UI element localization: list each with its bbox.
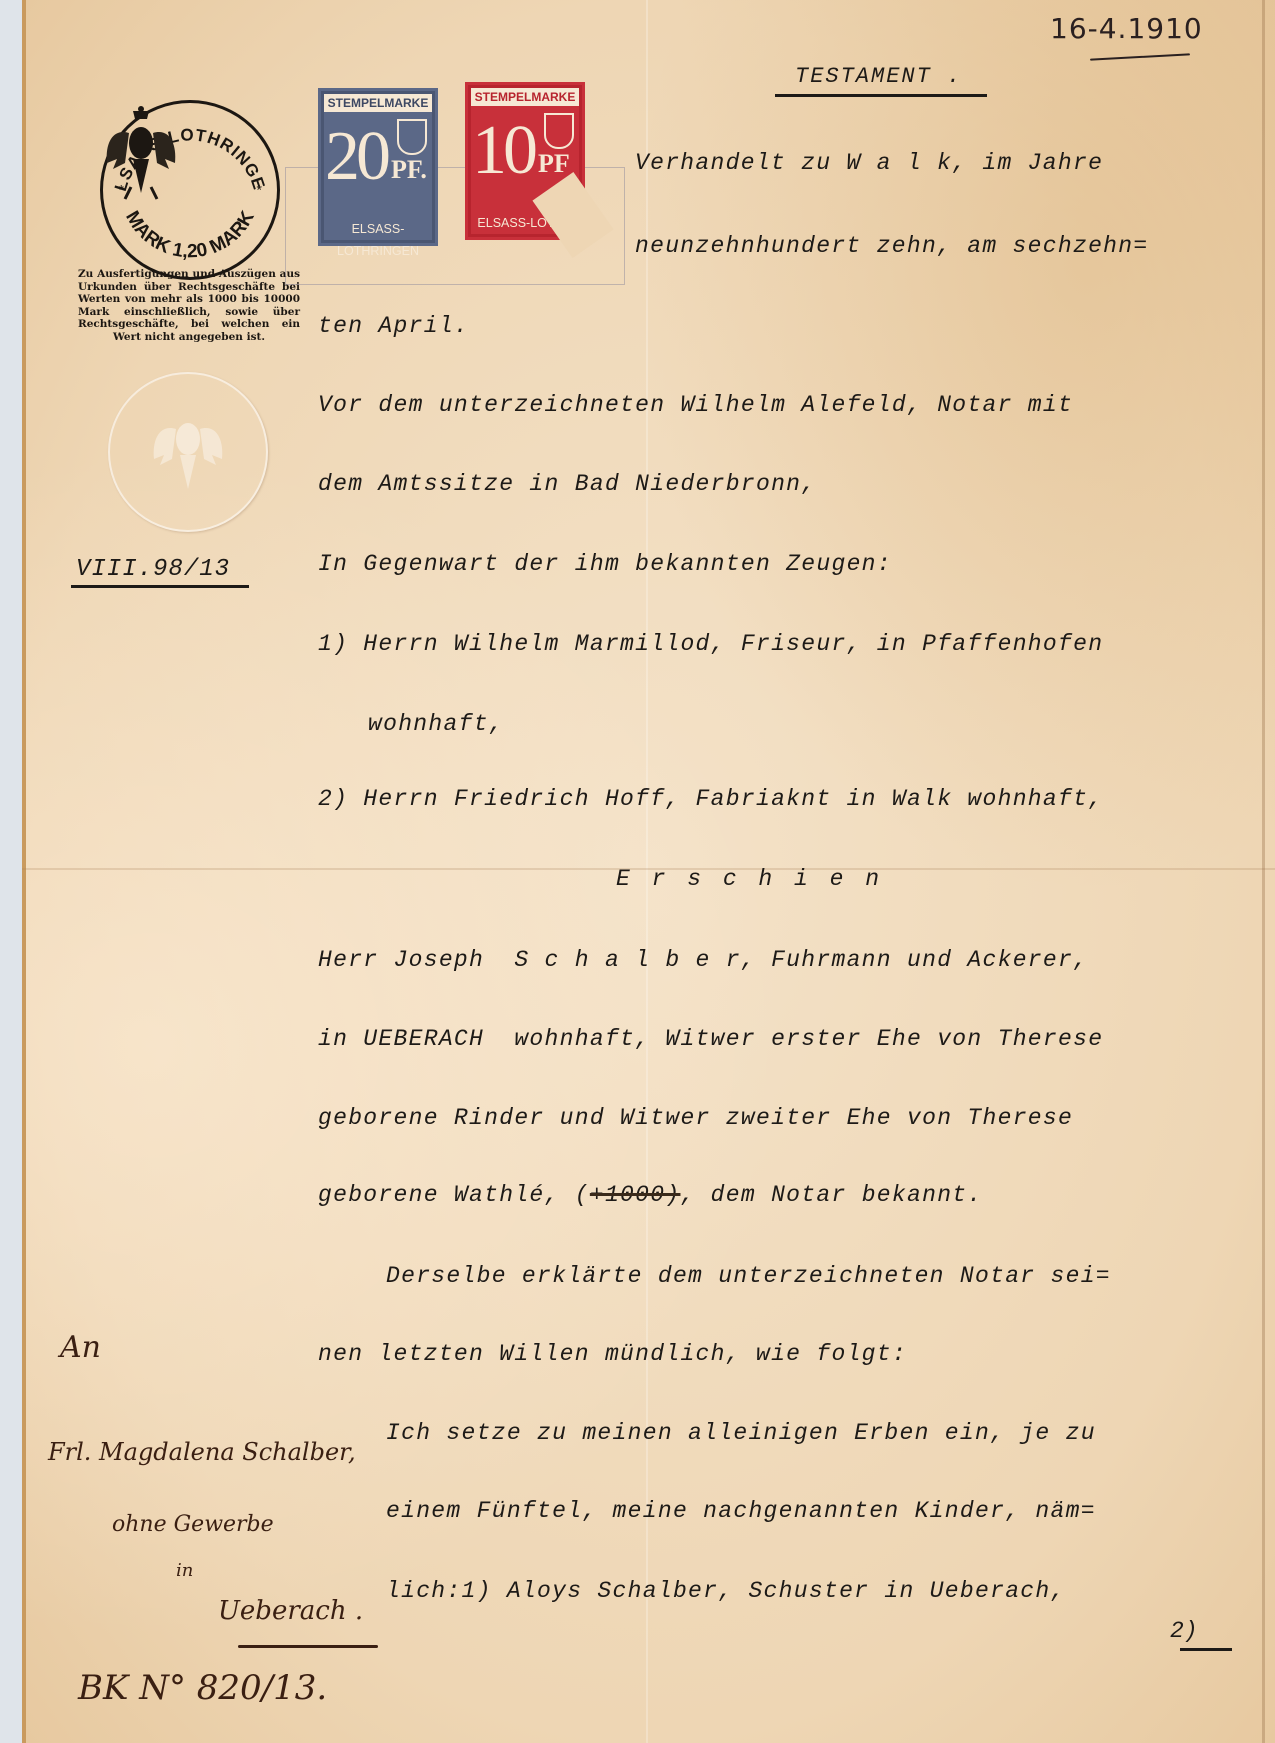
paper-edge bbox=[1262, 0, 1265, 1743]
title-underline bbox=[775, 94, 987, 97]
body-line: lich:1) Aloys Schalber, Schuster in Uebe… bbox=[386, 1578, 1066, 1604]
margin-note-line: Ueberach . bbox=[218, 1596, 363, 1626]
handwritten-date: 16-4.1910 bbox=[1050, 12, 1203, 45]
margin-note-line: Frl. Magdalena Schalber, bbox=[48, 1438, 356, 1466]
body-line: geborene Wathlé, (+1000), dem Notar beka… bbox=[318, 1182, 983, 1208]
body-line: nen letzten Willen mündlich, wie folgt: bbox=[318, 1341, 907, 1367]
embossed-eagle-icon bbox=[150, 399, 226, 499]
body-line: Verhandelt zu W a l k, im Jahre bbox=[635, 150, 1103, 176]
file-reference-underline bbox=[71, 585, 249, 588]
stamp-unit: PF bbox=[538, 149, 570, 179]
svg-text:MARK 1,20 MARK: MARK 1,20 MARK bbox=[121, 207, 259, 262]
file-reference: VIII.98/13 bbox=[76, 556, 230, 583]
struck-out-text: +1000) bbox=[590, 1182, 681, 1208]
eagle-icon bbox=[103, 103, 179, 203]
body-line: Derselbe erklärte dem unterzeichneten No… bbox=[386, 1263, 1111, 1289]
document-title: TESTAMENT . bbox=[795, 64, 962, 89]
section-heading-erschien: E r s c h i e n bbox=[616, 866, 883, 892]
body-line: neunzehnhundert zehn, am sechzehn= bbox=[635, 233, 1148, 259]
stamp-header: STEMPELMARKE bbox=[471, 88, 579, 106]
witness-2-line: 2) Herrn Friedrich Hoff, Fabriaknt in Wa… bbox=[318, 786, 1103, 812]
body-line: wohnhaft, bbox=[368, 711, 504, 737]
body-line: in UEBERACH wohnhaft, Witwer erster Ehe … bbox=[318, 1026, 1103, 1052]
witness-1-line: 1) Herrn Wilhelm Marmillod, Friseur, in … bbox=[318, 631, 1103, 657]
svg-text:*: * bbox=[255, 184, 263, 200]
page-continuation-marker: 2) bbox=[1170, 1618, 1198, 1644]
body-line: Ich setze zu meinen alleinigen Erben ein… bbox=[386, 1420, 1096, 1446]
coat-of-arms-icon bbox=[544, 113, 574, 149]
margin-note-underline bbox=[238, 1645, 378, 1648]
stamp-value: 10 bbox=[472, 111, 534, 191]
margin-note-line: in bbox=[176, 1560, 193, 1581]
margin-note-line: An bbox=[60, 1330, 101, 1365]
continuation-underline bbox=[1180, 1648, 1232, 1651]
body-line: Vor dem unterzeichneten Wilhelm Alefeld,… bbox=[318, 392, 1073, 418]
embossed-seal bbox=[108, 372, 268, 532]
stamp-header: STEMPELMARKE bbox=[324, 94, 432, 112]
body-line: geborene Rinder und Witwer zweiter Ehe v… bbox=[318, 1105, 1073, 1131]
stamp-unit: PF. bbox=[391, 155, 427, 185]
registry-number: BK N° 820/13. bbox=[78, 1668, 327, 1708]
revenue-seal: ELSASS-LOTHRINGEN MARK 1,20 MARK * * bbox=[100, 100, 280, 280]
stamp-footer: ELSASS-LOTHRINGEN bbox=[324, 218, 432, 240]
coat-of-arms-icon bbox=[397, 119, 427, 155]
body-line: einem Fünftel, meine nachgenannten Kinde… bbox=[386, 1498, 1096, 1524]
stamp-20pf: STEMPELMARKE 20 PF. ELSASS-LOTHRINGEN bbox=[318, 88, 438, 246]
body-line: In Gegenwart der ihm bekannten Zeugen: bbox=[318, 551, 892, 577]
body-line: Herr Joseph S c h a l b e r, Fuhrmann un… bbox=[318, 947, 1088, 973]
stamp-value: 20 bbox=[325, 117, 387, 197]
margin-note-line: ohne Gewerbe bbox=[112, 1512, 274, 1537]
seal-notice-text: Zu Ausfertigungen und Auszügen aus Urkun… bbox=[78, 268, 300, 343]
body-line: ten April. bbox=[318, 313, 469, 339]
body-line: dem Amtssitze in Bad Niederbronn, bbox=[318, 471, 816, 497]
